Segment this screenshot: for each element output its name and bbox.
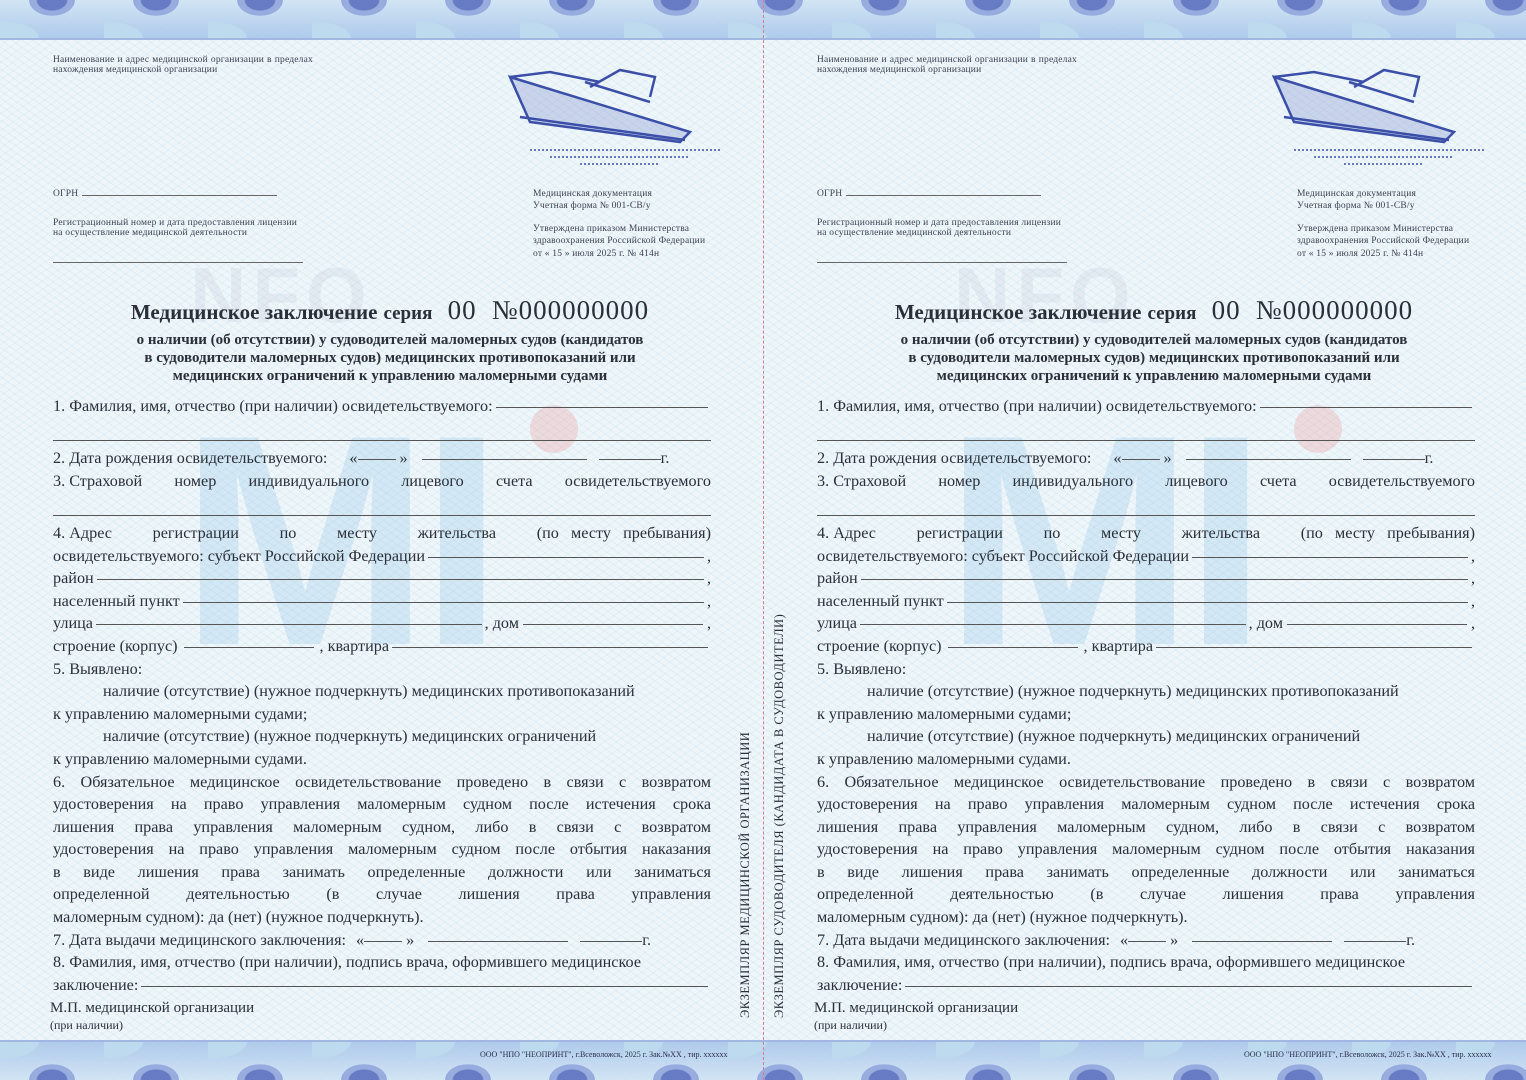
field-issue-date[interactable]: 7. Дата выдачи медицинского заключения: … xyxy=(817,929,1475,952)
motorboat-icon xyxy=(490,62,730,172)
printer-imprint: ООО "НПО "НЕОПРИНТ", г.Всеволожск, 2025 … xyxy=(1244,1050,1492,1059)
license-field[interactable] xyxy=(817,262,1067,263)
field-locality[interactable]: населенный пункт, xyxy=(53,590,711,613)
license-caption: Регистрационный номер и дата предоставле… xyxy=(817,218,1061,238)
field-snils-label: 3. Страховойномериндивидуальноголицевого… xyxy=(817,470,1475,493)
item-6-text: 6. Обязательное медицинское освидетельст… xyxy=(817,771,1475,907)
cut-line xyxy=(763,0,764,1080)
series-label: серия xyxy=(383,303,432,324)
org-name-caption: Наименование и адрес медицинской организ… xyxy=(53,55,313,75)
stamp-placeholder: М.П. медицинской организации (при наличи… xyxy=(814,1000,1018,1034)
field-snils-label: 3. Страховойномериндивидуальноголицевого… xyxy=(53,470,711,493)
field-full-name[interactable]: 1. Фамилия, имя, отчество (при наличии) … xyxy=(817,395,1475,418)
item-8-label: 8. Фамилия, имя, отчество (при наличии),… xyxy=(817,951,1475,974)
field-snils[interactable] xyxy=(817,492,1475,516)
field-address-label: 4. Адресрегистрациипоместужительства(по … xyxy=(53,522,711,545)
series-label: серия xyxy=(1147,303,1196,324)
item-6-text: 6. Обязательное медицинское освидетельст… xyxy=(53,771,711,907)
ogrn-label: ОГРН xyxy=(53,189,78,199)
motorboat-icon xyxy=(1254,62,1494,172)
ogrn-field[interactable]: ОГРН xyxy=(53,189,277,199)
stamp-placeholder: М.П. медицинской организации (при наличи… xyxy=(50,1000,254,1034)
field-region[interactable]: освидетельствуемого: субъект Российской … xyxy=(53,545,711,568)
field-full-name-continued[interactable] xyxy=(53,418,711,442)
field-address-label: 4. Адресрегистрациипоместужительства(по … xyxy=(817,522,1475,545)
item-5-heading: 5. Выявлено: xyxy=(53,658,711,681)
field-birth-date[interactable]: 2. Дата рождения освидетельствуемого: « … xyxy=(817,447,1475,470)
item-5-heading: 5. Выявлено: xyxy=(817,658,1475,681)
field-birth-date[interactable]: 2. Дата рождения освидетельствуемого: « … xyxy=(53,447,711,470)
form-metadata: Медицинская документация Учетная форма №… xyxy=(533,188,705,260)
license-caption: Регистрационный номер и дата предоставле… xyxy=(53,218,297,238)
page-driver-copy: NFO MI Наименование и адрес медицинской … xyxy=(814,0,1494,1080)
field-issue-date[interactable]: 7. Дата выдачи медицинского заключения: … xyxy=(53,929,711,952)
document-subtitle: о наличии (об отсутствии) у судоводителе… xyxy=(50,331,730,385)
item-5-contraindications: наличие (отсутствие) (нужное подчеркнуть… xyxy=(53,680,711,703)
ogrn-field[interactable]: ОГРН xyxy=(817,189,1041,199)
field-building-apartment[interactable]: строение (корпус), квартира xyxy=(817,635,1475,658)
item-5-restrictions: наличие (отсутствие) (нужное подчеркнуть… xyxy=(53,725,711,748)
document-subtitle: о наличии (об отсутствии) у судоводителе… xyxy=(814,331,1494,385)
field-region[interactable]: освидетельствуемого: субъект Российской … xyxy=(817,545,1475,568)
license-field[interactable] xyxy=(53,262,303,263)
page-organization-copy: NFO MI Наименование и адрес медицинской … xyxy=(50,0,730,1080)
item-6-answer: маломерным судном): да (нет) (нужное под… xyxy=(817,906,1475,929)
field-district[interactable]: район, xyxy=(817,567,1475,590)
field-full-name-continued[interactable] xyxy=(817,418,1475,442)
form-body: 1. Фамилия, имя, отчество (при наличии) … xyxy=(817,395,1475,996)
field-doctor-signature[interactable]: заключение: xyxy=(817,974,1475,997)
field-street-house[interactable]: улица, дом, xyxy=(53,612,711,635)
field-district[interactable]: район, xyxy=(53,567,711,590)
field-snils[interactable] xyxy=(53,492,711,516)
copy-label-boat-driver: ЭКЗЕМПЛЯР СУДОВОДИТЕЛЯ (КАНДИДАТА В СУДО… xyxy=(772,614,787,1018)
form-body: 1. Фамилия, имя, отчество (при наличии) … xyxy=(53,395,711,996)
document-number: №000000000 xyxy=(1256,295,1413,325)
document-title: Медицинское заключениесерия 00 №00000000… xyxy=(50,295,730,326)
series-value: 00 xyxy=(448,295,477,325)
copy-label-organization: ЭКЗЕМПЛЯР МЕДИЦИНСКОЙ ОРГАНИЗАЦИИ xyxy=(738,732,753,1018)
printer-imprint: ООО "НПО "НЕОПРИНТ", г.Всеволожск, 2025 … xyxy=(480,1050,728,1059)
field-street-house[interactable]: улица, дом, xyxy=(817,612,1475,635)
item-5-restrictions: наличие (отсутствие) (нужное подчеркнуть… xyxy=(817,725,1475,748)
item-8-label: 8. Фамилия, имя, отчество (при наличии),… xyxy=(53,951,711,974)
document-number: №000000000 xyxy=(492,295,649,325)
document-title: Медицинское заключениесерия 00 №00000000… xyxy=(814,295,1494,326)
org-name-caption: Наименование и адрес медицинской организ… xyxy=(817,55,1077,75)
item-6-answer: маломерным судном): да (нет) (нужное под… xyxy=(53,906,711,929)
field-full-name[interactable]: 1. Фамилия, имя, отчество (при наличии) … xyxy=(53,395,711,418)
form-metadata: Медицинская документация Учетная форма №… xyxy=(1297,188,1469,260)
ogrn-label: ОГРН xyxy=(817,189,842,199)
item-5-contraindications: наличие (отсутствие) (нужное подчеркнуть… xyxy=(817,680,1475,703)
series-value: 00 xyxy=(1212,295,1241,325)
field-doctor-signature[interactable]: заключение: xyxy=(53,974,711,997)
field-locality[interactable]: населенный пункт, xyxy=(817,590,1475,613)
field-building-apartment[interactable]: строение (корпус), квартира xyxy=(53,635,711,658)
